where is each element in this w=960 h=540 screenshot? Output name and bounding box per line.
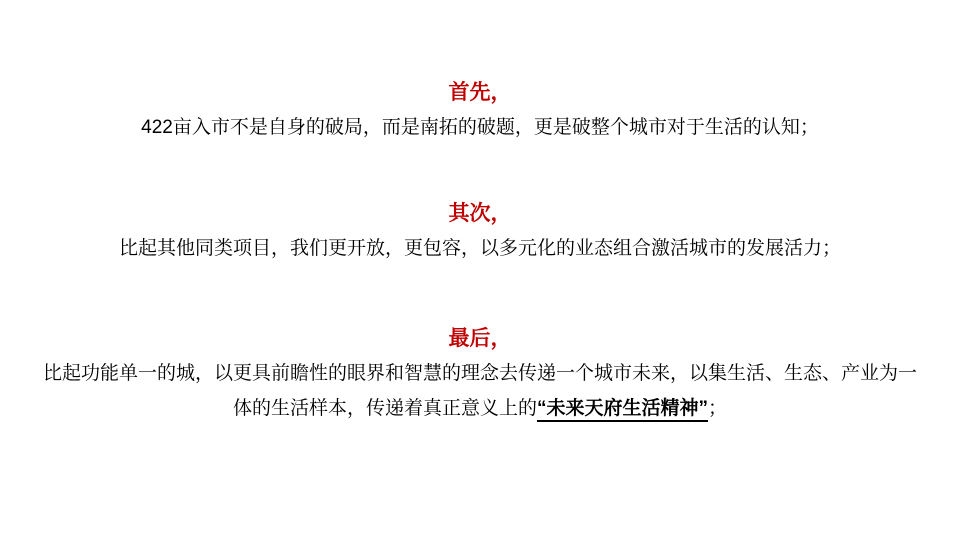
body-line2-prefix: 体的生活样本，传递着真正意义上的 [233, 398, 537, 419]
section-first-body: 422亩入市不是自身的破局，而是南拓的破题，更是破整个城市对于生活的认知； [0, 110, 960, 145]
body-line2-suffix: ； [708, 398, 727, 419]
presentation-slide: 首先， 422亩入市不是自身的破局，而是南拓的破题，更是破整个城市对于生活的认知… [0, 0, 960, 540]
section-last-heading: 最后， [0, 321, 960, 356]
highlighted-phrase: “未来天府生活精神” [537, 398, 708, 422]
section-last-body-line2: 体的生活样本，传递着真正意义上的“未来天府生活精神”； [0, 391, 960, 426]
section-last-body-line1: 比起功能单一的城，以更具前瞻性的眼界和智慧的理念去传递一个城市未来，以集生活、生… [0, 356, 960, 391]
section-last: 最后， 比起功能单一的城，以更具前瞻性的眼界和智慧的理念去传递一个城市未来，以集… [0, 321, 960, 426]
section-second-body: 比起其他同类项目，我们更开放，更包容，以多元化的业态组合激活城市的发展活力； [0, 231, 960, 266]
section-second: 其次， 比起其他同类项目，我们更开放，更包容，以多元化的业态组合激活城市的发展活… [0, 196, 960, 266]
section-second-heading: 其次， [0, 196, 960, 231]
section-first: 首先， 422亩入市不是自身的破局，而是南拓的破题，更是破整个城市对于生活的认知… [0, 75, 960, 145]
section-first-heading: 首先， [0, 75, 960, 110]
